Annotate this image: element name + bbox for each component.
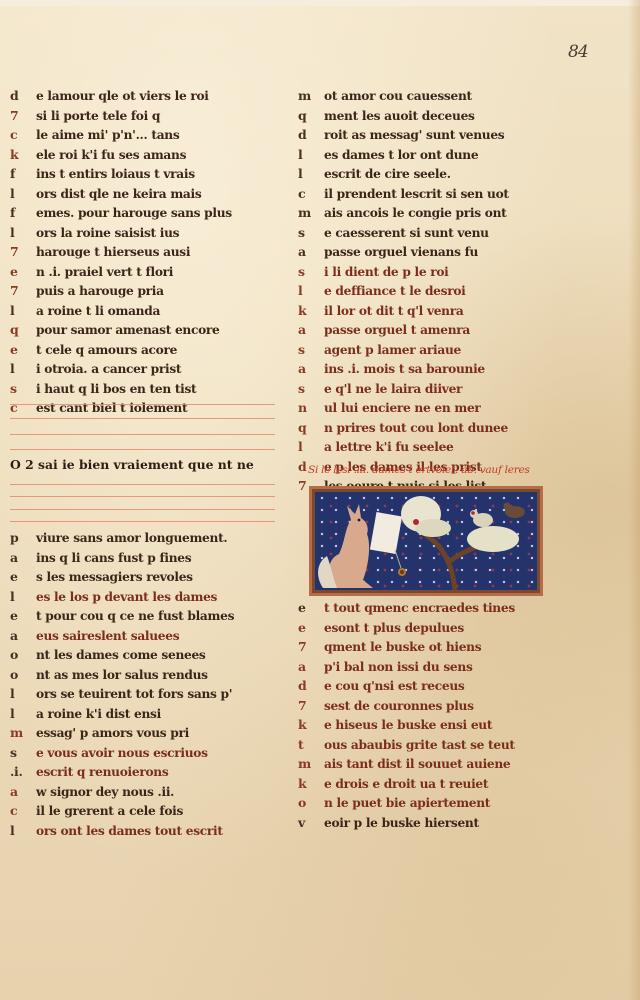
- verse-text: escrit q renuoierons: [36, 765, 168, 779]
- verse-line: lors se teuirent tot fors sans p': [10, 684, 280, 704]
- verse-initial: 7: [10, 281, 36, 301]
- verse-text: e vous avoir nous escriuos: [36, 746, 208, 760]
- verse-line: la roine k'i dist ensi: [10, 704, 280, 724]
- verse-text: n prires tout cou lont dunee: [324, 421, 508, 435]
- ruled-line: [10, 484, 275, 485]
- verse-initial: s: [10, 379, 36, 399]
- verse-text: agent p lamer ariaue: [324, 343, 461, 357]
- verse-text: t pour cou q ce ne fust blames: [36, 609, 234, 623]
- verse-text: a roine k'i dist ensi: [36, 707, 161, 721]
- verse-initial: l: [298, 437, 324, 457]
- verse-text: esont t plus depulues: [324, 621, 464, 635]
- verse-text: e lamour qle ot viers le roi: [36, 89, 209, 103]
- verse-text: e cou q'nsi est receus: [324, 679, 464, 693]
- verse-initial: l: [10, 301, 36, 321]
- verse-text: e deffiance t le desroi: [324, 284, 465, 298]
- verse-text: si li porte tele foi q: [36, 109, 160, 123]
- verse-line: ont les dames come senees: [10, 645, 280, 665]
- verse-text: viure sans amor longuement.: [36, 531, 227, 545]
- verse-line: fins t entirs loiaus t vrais: [10, 164, 280, 184]
- verse-text: e hiseus le buske ensi eut: [324, 718, 492, 732]
- verse-text: ais tant dist il souuet auiene: [324, 757, 510, 771]
- rubric-caption: Si le lesl .iii. dames t ertvoiet. ab. v…: [308, 464, 530, 476]
- verse-initial: a: [298, 359, 324, 379]
- verse-text: essag' p amors vous pri: [36, 726, 189, 740]
- verse-line: et tout qmenc encraedes tines: [298, 598, 548, 618]
- verse-initial: .i.: [10, 762, 36, 782]
- song-incipit: O 2 sai ie bien vraiement que nt ne: [10, 455, 254, 474]
- miniature-illumination: [309, 486, 543, 596]
- verse-initial: l: [10, 684, 36, 704]
- verse-initial: l: [10, 587, 36, 607]
- folio-number: 84: [568, 42, 588, 62]
- verse-line: cest cant biel t iolement: [10, 398, 280, 418]
- verse-text: ele roi k'i fu ses amans: [36, 148, 186, 162]
- verse-text: ins t entirs loiaus t vrais: [36, 167, 195, 181]
- verse-line: les dames t lor ont dune: [298, 145, 548, 165]
- verse-initial: e: [298, 618, 324, 638]
- verse-initial: d: [298, 676, 324, 696]
- verse-line: de cou q'nsi est receus: [298, 676, 548, 696]
- verse-text: ul lui enciere ne en mer: [324, 401, 481, 415]
- verse-line: mais ancois le congie pris ont: [298, 203, 548, 223]
- verse-text: e drois e droit ua t reuiet: [324, 777, 488, 791]
- verse-initial: c: [298, 184, 324, 204]
- verse-line: femes. pour harouge sans plus: [10, 203, 280, 223]
- verse-text: ors ont les dames tout escrit: [36, 824, 223, 838]
- verse-initial: l: [10, 359, 36, 379]
- verse-text: i otroia. a cancer prist: [36, 362, 181, 376]
- verse-line: li otroia. a cancer prist: [10, 359, 280, 379]
- verse-initial: v: [298, 813, 324, 833]
- verse-line: mot amor cou cauessent: [298, 86, 548, 106]
- verse-line: veoir p le buske hiersent: [298, 813, 548, 833]
- verse-initial: l: [10, 223, 36, 243]
- ruled-line: [10, 496, 275, 497]
- verse-initial: e: [10, 567, 36, 587]
- ruled-line: [10, 521, 275, 522]
- ruled-line: [10, 449, 275, 450]
- verse-initial: e: [298, 598, 324, 618]
- verse-initial: m: [298, 203, 324, 223]
- verse-initial: c: [10, 398, 36, 418]
- verse-line: la lettre k'i fu seelee: [298, 437, 548, 457]
- verse-text: passe orguel t amenra: [324, 323, 470, 337]
- verse-line: kil lor ot dit t q'l venra: [298, 301, 548, 321]
- verse-text: il lor ot dit t q'l venra: [324, 304, 463, 318]
- verse-line: cil le grerent a cele fois: [10, 801, 280, 821]
- verse-initial: a: [298, 657, 324, 677]
- verse-line: lors ont les dames tout escrit: [10, 821, 280, 841]
- verse-text: es le los p devant les dames: [36, 590, 217, 604]
- verse-initial: s: [298, 340, 324, 360]
- miniature-scene: [315, 492, 537, 590]
- ruled-line: [10, 434, 275, 435]
- verse-line: se q'l ne le laira diiver: [298, 379, 548, 399]
- verse-initial: s: [10, 743, 36, 763]
- verse-initial: m: [298, 86, 324, 106]
- verse-text: es dames t lor ont dune: [324, 148, 478, 162]
- verse-text: ot amor cou cauessent: [324, 89, 472, 103]
- verse-text: harouge t hierseus ausi: [36, 245, 190, 259]
- verse-text: pour samor amenast encore: [36, 323, 220, 337]
- verse-text: ment les auoit deceues: [324, 109, 475, 123]
- verse-text: s les messagiers revoles: [36, 570, 193, 584]
- verse-initial: s: [298, 262, 324, 282]
- verse-text: ais ancois le congie pris ont: [324, 206, 506, 220]
- verse-text: ous abaubis grite tast se teut: [324, 738, 515, 752]
- verse-text: le aime mi' p'n'... tans: [36, 128, 179, 142]
- verse-line: lors dist qle ne keira mais: [10, 184, 280, 204]
- verse-initial: s: [298, 379, 324, 399]
- verse-line: ke hiseus le buske ensi eut: [298, 715, 548, 735]
- verse-text: n .i. praiel vert t flori: [36, 265, 173, 279]
- verse-text: e caesserent si sunt venu: [324, 226, 489, 240]
- verse-text: nt les dames come senees: [36, 648, 205, 662]
- verse-text: nt as mes lor salus rendus: [36, 668, 208, 682]
- verse-line: les le los p devant les dames: [10, 587, 280, 607]
- verse-initial: 7: [10, 242, 36, 262]
- verse-line: apasse orguel vienans fu: [298, 242, 548, 262]
- verse-line: en .i. praiel vert t flori: [10, 262, 280, 282]
- verse-line: on le puet bie apiertement: [298, 793, 548, 813]
- verse-initial: l: [298, 164, 324, 184]
- verse-line: aw signor dey nous .ii.: [10, 782, 280, 802]
- verse-line: messag' p amors vous pri: [10, 723, 280, 743]
- verse-text: t tout qmenc encraedes tines: [324, 601, 515, 615]
- verse-initial: e: [10, 606, 36, 626]
- verse-initial: n: [298, 398, 324, 418]
- right-column-upper: mot amor cou cauessent qment les auoit d…: [298, 86, 548, 496]
- verse-line: qpour samor amenast encore: [10, 320, 280, 340]
- verse-line: si li dient de p le roi: [298, 262, 548, 282]
- verse-initial: a: [298, 242, 324, 262]
- verse-text: sest de couronnes plus: [324, 699, 474, 713]
- verse-line: la roine t li omanda: [10, 301, 280, 321]
- verse-initial: q: [298, 106, 324, 126]
- verse-initial: p: [10, 528, 36, 548]
- verse-text: il prendent lescrit si sen uot: [324, 187, 509, 201]
- verse-text: ors se teuirent tot fors sans p': [36, 687, 232, 701]
- verse-initial: c: [10, 125, 36, 145]
- verse-initial: l: [298, 281, 324, 301]
- verse-text: p'i bal non issi du sens: [324, 660, 473, 674]
- verse-initial: l: [298, 145, 324, 165]
- verse-line: 7puis a harouge pria: [10, 281, 280, 301]
- verse-initial: f: [10, 164, 36, 184]
- verse-line: se caesserent si sunt venu: [298, 223, 548, 243]
- verse-initial: l: [10, 704, 36, 724]
- left-column-lower: pviure sans amor longuement. ains q li c…: [10, 528, 280, 840]
- verse-initial: e: [10, 262, 36, 282]
- verse-text: roit as messag' sunt venues: [324, 128, 504, 142]
- verse-line: ke drois e droit ua t reuiet: [298, 774, 548, 794]
- verse-initial: o: [10, 665, 36, 685]
- ruled-line: [10, 509, 275, 510]
- verse-initial: m: [298, 754, 324, 774]
- verse-initial: q: [298, 418, 324, 438]
- verse-line: mais tant dist il souuet auiene: [298, 754, 548, 774]
- verse-text: a roine t li omanda: [36, 304, 160, 318]
- verse-text: puis a harouge pria: [36, 284, 164, 298]
- verse-initial: d: [10, 86, 36, 106]
- verse-line: se vous avoir nous escriuos: [10, 743, 280, 763]
- verse-line: lors la roine saisist ius: [10, 223, 280, 243]
- verse-initial: k: [298, 774, 324, 794]
- verse-initial: o: [10, 645, 36, 665]
- verse-text: qment le buske ot hiens: [324, 640, 481, 654]
- verse-text: a lettre k'i fu seelee: [324, 440, 454, 454]
- verse-initial: c: [10, 801, 36, 821]
- verse-line: apasse orguel t amenra: [298, 320, 548, 340]
- verse-text: passe orguel vienans fu: [324, 245, 478, 259]
- verse-line: ap'i bal non issi du sens: [298, 657, 548, 677]
- verse-line: nul lui enciere ne en mer: [298, 398, 548, 418]
- verse-initial: s: [298, 223, 324, 243]
- verse-initial: k: [298, 301, 324, 321]
- verse-text: ors la roine saisist ius: [36, 226, 179, 240]
- ruled-line: [10, 404, 275, 405]
- verse-text: ors dist qle ne keira mais: [36, 187, 201, 201]
- verse-initial: d: [298, 125, 324, 145]
- right-column-lower: et tout qmenc encraedes tines eesont t p…: [298, 598, 548, 832]
- verse-text: escrit de cire seele.: [324, 167, 451, 181]
- verse-line: ont as mes lor salus rendus: [10, 665, 280, 685]
- verse-line: tous abaubis grite tast se teut: [298, 735, 548, 755]
- verse-line: ains .i. mois t sa barounie: [298, 359, 548, 379]
- verse-initial: 7: [298, 637, 324, 657]
- verse-line: sagent p lamer ariaue: [298, 340, 548, 360]
- verse-line: qn prires tout cou lont dunee: [298, 418, 548, 438]
- verse-text: emes. pour harouge sans plus: [36, 206, 232, 220]
- left-column-upper: de lamour qle ot viers le roi 7si li por…: [10, 86, 280, 418]
- verse-initial: f: [10, 203, 36, 223]
- verse-line: 7si li porte tele foi q: [10, 106, 280, 126]
- verse-initial: l: [10, 821, 36, 841]
- verse-line: de lamour qle ot viers le roi: [10, 86, 280, 106]
- verse-text: ins .i. mois t sa barounie: [324, 362, 485, 376]
- verse-text: w signor dey nous .ii.: [36, 785, 174, 799]
- verse-text: e q'l ne le laira diiver: [324, 382, 462, 396]
- verse-line: eesont t plus depulues: [298, 618, 548, 638]
- verse-initial: q: [10, 320, 36, 340]
- verse-line: lescrit de cire seele.: [298, 164, 548, 184]
- verse-line: droit as messag' sunt venues: [298, 125, 548, 145]
- verse-line: es les messagiers revoles: [10, 567, 280, 587]
- verse-line: le deffiance t le desroi: [298, 281, 548, 301]
- verse-line: kele roi k'i fu ses amans: [10, 145, 280, 165]
- verse-initial: t: [298, 735, 324, 755]
- verse-line: 7qment le buske ot hiens: [298, 637, 548, 657]
- fox-and-birds-icon: [315, 492, 537, 590]
- verse-initial: e: [10, 340, 36, 360]
- verse-initial: k: [10, 145, 36, 165]
- verse-text: i haut q li bos en ten tist: [36, 382, 196, 396]
- verse-text: n le puet bie apiertement: [324, 796, 490, 810]
- verse-initial: a: [10, 626, 36, 646]
- verse-text: ins q li cans fust p fines: [36, 551, 191, 565]
- verse-line: .i.escrit q renuoierons: [10, 762, 280, 782]
- verse-initial: a: [10, 548, 36, 568]
- verse-line: et cele q amours acore: [10, 340, 280, 360]
- verse-line: cil prendent lescrit si sen uot: [298, 184, 548, 204]
- ruled-line: [10, 418, 275, 419]
- verse-line: 7harouge t hierseus ausi: [10, 242, 280, 262]
- verse-line: pviure sans amor longuement.: [10, 528, 280, 548]
- verse-line: qment les auoit deceues: [298, 106, 548, 126]
- verse-line: et pour cou q ce ne fust blames: [10, 606, 280, 626]
- verse-text: eus saireslent saluees: [36, 629, 179, 643]
- verse-initial: a: [10, 782, 36, 802]
- verse-text: eoir p le buske hiersent: [324, 816, 479, 830]
- verse-text: i li dient de p le roi: [324, 265, 449, 279]
- verse-line: si haut q li bos en ten tist: [10, 379, 280, 399]
- verse-line: aeus saireslent saluees: [10, 626, 280, 646]
- verse-initial: o: [298, 793, 324, 813]
- verse-initial: m: [10, 723, 36, 743]
- verse-initial: k: [298, 715, 324, 735]
- manuscript-folio: 84 de lamour qle ot viers le roi 7si li …: [0, 0, 640, 1000]
- verse-initial: 7: [10, 106, 36, 126]
- verse-text: t cele q amours acore: [36, 343, 177, 357]
- verse-initial: a: [298, 320, 324, 340]
- verse-initial: 7: [298, 696, 324, 716]
- verse-line: 7sest de couronnes plus: [298, 696, 548, 716]
- verse-initial: l: [10, 184, 36, 204]
- verse-text: il le grerent a cele fois: [36, 804, 183, 818]
- verse-line: ains q li cans fust p fines: [10, 548, 280, 568]
- verse-line: cle aime mi' p'n'... tans: [10, 125, 280, 145]
